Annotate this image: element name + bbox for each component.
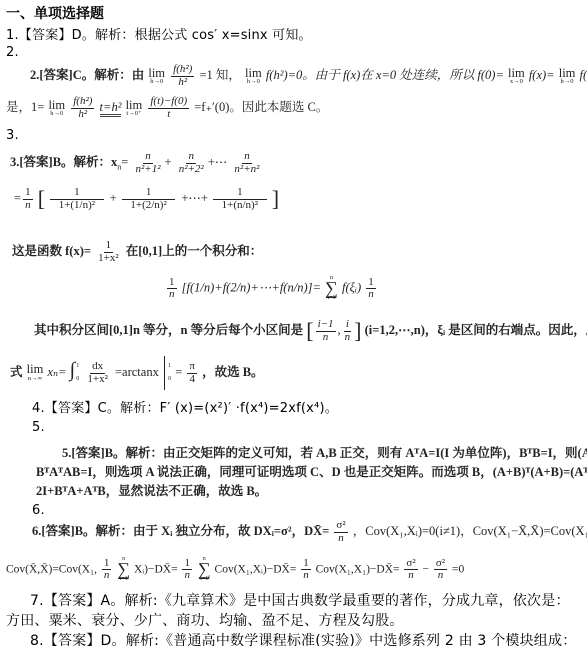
q8-line1: 8.【答案】D。解析:《普通高中数学课程标准(实验)》中选修系列 2 由 3 个… xyxy=(30,630,576,646)
q3-line1: 3.[答案]B。解析：xn= nn²+1²+ nn²+2²+⋯ nn²+n² xyxy=(10,151,263,175)
fraction: 1n xyxy=(366,277,376,301)
q6-number: 6. xyxy=(32,503,45,518)
integral-limits: 1 0 xyxy=(76,364,79,383)
fraction: σ²n xyxy=(334,520,347,544)
fraction: 11+(2/n)² xyxy=(122,187,176,211)
q6-line1: 6.[答案]B。解析：由于 Xᵢ 独立分布，故 DXᵢ=σ²，DX̄= σ²n … xyxy=(32,520,587,544)
q6-line2: Cov(X̄,X̄)=Cov(X₁, 1n n∑i=1 Xᵢ)−DX̄= 1n … xyxy=(6,557,464,582)
limit: limh→0 xyxy=(48,100,65,117)
substitution: t=h² xyxy=(100,100,122,117)
q3-line5: 其中积分区间[0,1]n 等分，n 等分后每个小区间是 [i−1n,in] (i… xyxy=(34,318,587,344)
fraction: 1n xyxy=(167,277,177,301)
limit: limh→0 xyxy=(148,68,165,85)
q2-text: 2.[答案]C。解析：由 xyxy=(30,68,144,82)
fraction: 1n xyxy=(301,558,311,582)
q1-answer: 1.【答案】D。解析：根据公式 cos′ x=sinx 可知。 xyxy=(6,24,312,43)
fraction: in xyxy=(343,319,353,343)
fraction: dx1+x² xyxy=(85,361,110,385)
q2-line1: 2.[答案]C。解析：由 limh→0 f(h²)h² =1 知， limh→0… xyxy=(30,64,587,88)
limit: limx→0 xyxy=(508,68,525,85)
fraction: nn²+1² xyxy=(133,151,162,175)
q2-number: 2. xyxy=(6,45,19,60)
limit: limt→0⁺ xyxy=(126,100,143,117)
summation: n∑i=1 xyxy=(325,276,338,301)
fraction: f(t)−f(0)t xyxy=(148,96,189,120)
q5-line2: BᵀAᵀAB=I，则选项 A 说法正确，同理可证明选项 C、D 也是正交矩阵。而… xyxy=(36,462,587,480)
limit: limh→0 xyxy=(245,68,262,85)
fraction: f(h²)h² xyxy=(171,64,194,88)
fraction: nn²+n² xyxy=(232,151,261,175)
section-title: 一、单项选择题 xyxy=(6,3,104,23)
q3-line6: 式 limn→∞ xₙ= ∫ 1 0 dx1+x² =arctanx 1 0 =… xyxy=(10,356,264,390)
fraction: 11+(n/n)² xyxy=(213,187,267,211)
limit: limh→0 xyxy=(559,68,576,85)
q5-number: 5. xyxy=(32,420,45,435)
summation: n∑i=1 xyxy=(117,557,130,582)
limit: limn→∞ xyxy=(27,364,44,381)
fraction: 1n xyxy=(182,558,192,582)
q3-number: 3. xyxy=(6,128,19,143)
fraction: nn²+2² xyxy=(177,151,206,175)
summation: n∑i=1 xyxy=(198,557,211,582)
q7-line1: 7.【答案】A。解析:《九章算术》是中国古典数学最重要的著作，分成九章，依次是： xyxy=(30,590,570,610)
fraction: 1n xyxy=(102,558,112,582)
evaluation-bar xyxy=(164,356,165,390)
bar-limits: 1 0 xyxy=(168,364,171,383)
q7-line2: 方田、粟米、衰分、少广、商功、均输、盈不足、方程及勾股。 xyxy=(6,610,404,630)
integral-sign: ∫ xyxy=(70,359,75,381)
fraction: 1n xyxy=(23,187,33,211)
q5-line1: 5.[答案]B。解析：由正交矩阵的定义可知，若 A,B 正交，则有 AᵀA=I(… xyxy=(62,443,587,461)
q3-line2: =1n [ 11+(1/n)²+ 11+(2/n)²+⋯+ 11+(n/n)² … xyxy=(14,186,279,212)
fraction: 11+x² xyxy=(96,240,121,264)
q4-answer: 4.【答案】C。解析：F′ (x)=(x²)′ ·f(x⁴)=2xf(x⁴)。 xyxy=(32,397,338,416)
q3-line4: 1n [f(1/n)+f(2/n)+⋯+f(n/n)]= n∑i=1 f(ξᵢ)… xyxy=(165,276,378,301)
fraction: f(h²)h² xyxy=(71,96,94,120)
fraction: π4 xyxy=(187,361,197,385)
fraction: σ²n xyxy=(404,558,417,582)
q3-line3: 这是函数 f(x)= 11+x² 在[0,1]上的一个积分和： xyxy=(12,240,262,264)
fraction: 11+(1/n)² xyxy=(50,187,104,211)
fraction: i−1n xyxy=(316,319,336,343)
fraction: σ²n xyxy=(434,558,447,582)
q5-line3: 2I+BᵀA+AᵀB，显然说法不正确，故选 B。 xyxy=(36,481,267,499)
q2-line2: 是，1= limh→0 f(h²)h² t=h² limt→0⁺ f(t)−f(… xyxy=(6,96,328,120)
